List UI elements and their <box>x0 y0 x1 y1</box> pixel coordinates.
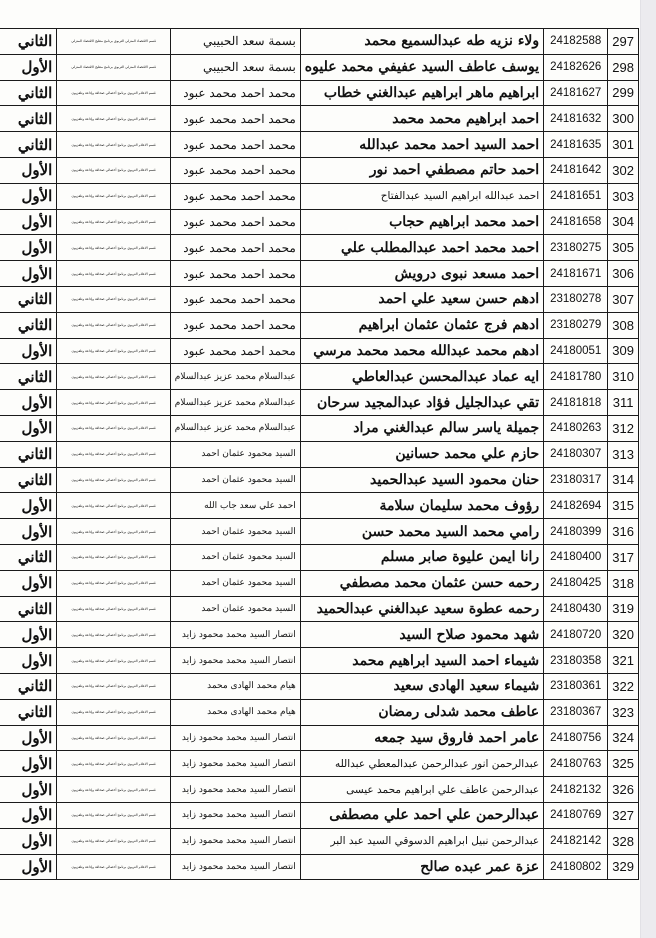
supervisor-cell: بسمة سعد الحبيبي <box>170 29 300 55</box>
student-id-cell: 24180720 <box>544 622 608 648</box>
table-row: الأول قسم الاعلام التربوي برنامج أخصائي … <box>0 828 639 854</box>
student-name-cell: رحمه عطوة سعيد عبدالغني عبدالحميد <box>300 596 543 622</box>
table-row: الثاني قسم الاعلام التربوي برنامج أخصائي… <box>0 286 639 312</box>
student-name-cell: احمد محمد ابراهيم حجاب <box>300 209 543 235</box>
supervisor-cell: السيد محمود عثمان احمد <box>170 544 300 570</box>
student-name-cell: احمد عبدالله ابراهيم السيد عبدالفتاح <box>300 183 543 209</box>
semester-cell: الأول <box>0 183 57 209</box>
department-cell: قسم الاعلام التربوي برنامج أخصائي صحافة … <box>57 802 170 828</box>
row-number-cell: 320 <box>608 622 639 648</box>
student-name-cell: احمد مسعد نبوى درويش <box>300 261 543 287</box>
supervisor-cell: انتصار السيد محمد محمود زايد <box>170 622 300 648</box>
student-id-cell: 24180763 <box>544 751 608 777</box>
department-cell: قسم الاعلام التربوي برنامج أخصائي صحافة … <box>57 544 170 570</box>
student-name-cell: تقي عبدالجليل فؤاد عبدالمجيد سرحان <box>300 390 543 416</box>
supervisor-cell: عبدالسلام محمد عزيز عبدالسلام <box>170 364 300 390</box>
student-id-cell: 23180278 <box>544 286 608 312</box>
table-row: الأول قسم الاعلام التربوي برنامج أخصائي … <box>0 802 639 828</box>
department-cell: قسم الاعلام التربوي برنامج أخصائي صحافة … <box>57 493 170 519</box>
semester-cell: الثاني <box>0 699 57 725</box>
department-cell: قسم الاقتصاد المنزلي التربوي برنامج مطبخ… <box>57 54 170 80</box>
department-cell: قسم الاعلام التربوي برنامج أخصائي صحافة … <box>57 648 170 674</box>
department-cell: قسم الاعلام التربوي برنامج أخصائي صحافة … <box>57 596 170 622</box>
student-name-cell: حازم علي محمد حسانين <box>300 441 543 467</box>
department-cell: قسم الاعلام التربوي برنامج أخصائي صحافة … <box>57 261 170 287</box>
department-cell: قسم الاعلام التربوي برنامج أخصائي صحافة … <box>57 622 170 648</box>
row-number-cell: 306 <box>608 261 639 287</box>
student-id-cell: 24180399 <box>544 519 608 545</box>
student-name-cell: جميلة ياسر سالم عبدالغني مراد <box>300 415 543 441</box>
supervisor-cell: بسمة سعد الحبيبي <box>170 54 300 80</box>
table-row: الأول قسم الاعلام التربوي برنامج أخصائي … <box>0 725 639 751</box>
student-id-cell: 24180769 <box>544 802 608 828</box>
semester-cell: الثاني <box>0 596 57 622</box>
supervisor-cell: محمد احمد محمد عبود <box>170 80 300 106</box>
supervisor-cell: عبدالسلام محمد عزيز عبدالسلام <box>170 390 300 416</box>
supervisor-cell: السيد محمود عثمان احمد <box>170 570 300 596</box>
student-id-cell: 24181818 <box>544 390 608 416</box>
department-cell: قسم الاعلام التربوي برنامج أخصائي صحافة … <box>57 441 170 467</box>
supervisor-cell: انتصار السيد محمد محمود زايد <box>170 751 300 777</box>
student-id-cell: 24182132 <box>544 777 608 803</box>
student-name-cell: عبدالرحمن نبيل ابراهيم الدسوقي السيد عبد… <box>300 828 543 854</box>
semester-cell: الأول <box>0 648 57 674</box>
row-number-cell: 310 <box>608 364 639 390</box>
table-row: الأول قسم الاعلام التربوي برنامج أخصائي … <box>0 390 639 416</box>
student-name-cell: عزة عمر عبده صالح <box>300 854 543 880</box>
row-number-cell: 317 <box>608 544 639 570</box>
student-id-cell: 24181671 <box>544 261 608 287</box>
student-id-cell: 24180307 <box>544 441 608 467</box>
table-row: الأول قسم الاعلام التربوي برنامج أخصائي … <box>0 235 639 261</box>
student-name-cell: عامر احمد فاروق سيد جمعه <box>300 725 543 751</box>
department-cell: قسم الاعلام التربوي برنامج أخصائي صحافة … <box>57 570 170 596</box>
table-row: الأول قسم الاعلام التربوي برنامج أخصائي … <box>0 261 639 287</box>
semester-cell: الثاني <box>0 544 57 570</box>
row-number-cell: 321 <box>608 648 639 674</box>
supervisor-cell: السيد محمود عثمان احمد <box>170 596 300 622</box>
student-id-cell: 24180400 <box>544 544 608 570</box>
row-number-cell: 301 <box>608 132 639 158</box>
semester-cell: الأول <box>0 828 57 854</box>
student-id-cell: 24181651 <box>544 183 608 209</box>
table-row: الأول قسم الاعلام التربوي برنامج أخصائي … <box>0 622 639 648</box>
department-cell: قسم الاعلام التربوي برنامج أخصائي صحافة … <box>57 828 170 854</box>
department-cell: قسم الاعلام التربوي برنامج أخصائي صحافة … <box>57 235 170 261</box>
row-number-cell: 324 <box>608 725 639 751</box>
table-row: الأول قسم الاعلام التربوي برنامج أخصائي … <box>0 519 639 545</box>
student-id-cell: 23180275 <box>544 235 608 261</box>
student-id-cell: 24182142 <box>544 828 608 854</box>
semester-cell: الأول <box>0 751 57 777</box>
table-row: الثاني قسم الاعلام التربوي برنامج أخصائي… <box>0 596 639 622</box>
student-name-cell: ادهم محمد عبدالله محمد محمد مرسي <box>300 338 543 364</box>
department-cell: قسم الاعلام التربوي برنامج أخصائي صحافة … <box>57 183 170 209</box>
supervisor-cell: محمد احمد محمد عبود <box>170 183 300 209</box>
semester-cell: الثاني <box>0 29 57 55</box>
table-row: الثاني قسم الاعلام التربوي برنامج أخصائي… <box>0 441 639 467</box>
department-cell: قسم الاعلام التربوي برنامج أخصائي صحافة … <box>57 106 170 132</box>
table-row: الثاني قسم الاعلام التربوي برنامج أخصائي… <box>0 80 639 106</box>
student-id-cell: 23180317 <box>544 467 608 493</box>
semester-cell: الثاني <box>0 467 57 493</box>
table-row: الأول قسم الاعلام التربوي برنامج أخصائي … <box>0 415 639 441</box>
semester-cell: الأول <box>0 519 57 545</box>
supervisor-cell: انتصار السيد محمد محمود زايد <box>170 777 300 803</box>
student-name-cell: احمد ابراهيم محمد محمد <box>300 106 543 132</box>
table-row: الثاني قسم الاعلام التربوي برنامج أخصائي… <box>0 312 639 338</box>
student-name-cell: عبدالرحمن عاطف علي ابراهيم محمد عيسى <box>300 777 543 803</box>
viewer-scroll-edge <box>640 0 656 938</box>
student-name-cell: عاطف محمد شدلى رمضان <box>300 699 543 725</box>
table-row: الثاني قسم الاقتصاد المنزلي التربوي برنا… <box>0 29 639 55</box>
department-cell: قسم الاعلام التربوي برنامج أخصائي صحافة … <box>57 312 170 338</box>
supervisor-cell: محمد احمد محمد عبود <box>170 235 300 261</box>
department-cell: قسم الاعلام التربوي برنامج أخصائي صحافة … <box>57 364 170 390</box>
student-name-cell: شيماء سعيد الهادى سعيد <box>300 673 543 699</box>
row-number-cell: 314 <box>608 467 639 493</box>
table-row: الثاني قسم الاعلام التربوي برنامج أخصائي… <box>0 364 639 390</box>
table-row: الثاني قسم الاعلام التربوي برنامج أخصائي… <box>0 467 639 493</box>
department-cell: قسم الاعلام التربوي برنامج أخصائي صحافة … <box>57 467 170 493</box>
semester-cell: الأول <box>0 415 57 441</box>
student-name-cell: ادهم فرج عثمان عثمان ابراهيم <box>300 312 543 338</box>
row-number-cell: 311 <box>608 390 639 416</box>
row-number-cell: 313 <box>608 441 639 467</box>
supervisor-cell: انتصار السيد محمد محمود زايد <box>170 854 300 880</box>
row-number-cell: 318 <box>608 570 639 596</box>
department-cell: قسم الاعلام التربوي برنامج أخصائي صحافة … <box>57 673 170 699</box>
semester-cell: الأول <box>0 390 57 416</box>
student-name-cell: رامي محمد السيد محمد حسن <box>300 519 543 545</box>
semester-cell: الأول <box>0 209 57 235</box>
department-cell: قسم الاعلام التربوي برنامج أخصائي صحافة … <box>57 209 170 235</box>
row-number-cell: 304 <box>608 209 639 235</box>
department-cell: قسم الاعلام التربوي برنامج أخصائي صحافة … <box>57 157 170 183</box>
department-cell: قسم الاعلام التربوي برنامج أخصائي صحافة … <box>57 80 170 106</box>
row-number-cell: 312 <box>608 415 639 441</box>
student-id-cell: 24181658 <box>544 209 608 235</box>
semester-cell: الثاني <box>0 673 57 699</box>
table-row: الثاني قسم الاعلام التربوي برنامج أخصائي… <box>0 132 639 158</box>
semester-cell: الأول <box>0 338 57 364</box>
table-row: الثاني قسم الاعلام التربوي برنامج أخصائي… <box>0 544 639 570</box>
student-id-cell: 24181632 <box>544 106 608 132</box>
table-row: الأول قسم الاعلام التربوي برنامج أخصائي … <box>0 648 639 674</box>
student-id-cell: 24180051 <box>544 338 608 364</box>
semester-cell: الثاني <box>0 364 57 390</box>
semester-cell: الأول <box>0 802 57 828</box>
row-number-cell: 309 <box>608 338 639 364</box>
student-name-cell: احمد السيد احمد محمد عبدالله <box>300 132 543 158</box>
semester-cell: الأول <box>0 725 57 751</box>
student-id-cell: 23180361 <box>544 673 608 699</box>
semester-cell: الثاني <box>0 106 57 132</box>
semester-cell: الثاني <box>0 286 57 312</box>
department-cell: قسم الاعلام التربوي برنامج أخصائي صحافة … <box>57 777 170 803</box>
student-id-cell: 23180367 <box>544 699 608 725</box>
row-number-cell: 297 <box>608 29 639 55</box>
department-cell: قسم الاقتصاد المنزلي التربوي برنامج مطبخ… <box>57 29 170 55</box>
document-page: الثاني قسم الاقتصاد المنزلي التربوي برنا… <box>0 0 640 938</box>
student-id-cell: 24181642 <box>544 157 608 183</box>
row-number-cell: 329 <box>608 854 639 880</box>
department-cell: قسم الاعلام التربوي برنامج أخصائي صحافة … <box>57 415 170 441</box>
semester-cell: الأول <box>0 777 57 803</box>
row-number-cell: 298 <box>608 54 639 80</box>
student-id-cell: 23180279 <box>544 312 608 338</box>
student-name-cell: ولاء نزيه طه عبدالسميع محمد <box>300 29 543 55</box>
row-number-cell: 305 <box>608 235 639 261</box>
table-row: الأول قسم الاقتصاد المنزلي التربوي برنام… <box>0 54 639 80</box>
semester-cell: الثاني <box>0 80 57 106</box>
student-id-cell: 24180756 <box>544 725 608 751</box>
student-name-cell: رحمه حسن عثمان محمد مصطفي <box>300 570 543 596</box>
row-number-cell: 328 <box>608 828 639 854</box>
row-number-cell: 315 <box>608 493 639 519</box>
student-name-cell: رانا ايمن عليوة صابر مسلم <box>300 544 543 570</box>
supervisor-cell: محمد احمد محمد عبود <box>170 132 300 158</box>
supervisor-cell: عبدالسلام محمد عزيز عبدالسلام <box>170 415 300 441</box>
student-name-cell: احمد محمد احمد عبدالمطلب علي <box>300 235 543 261</box>
semester-cell: الأول <box>0 235 57 261</box>
supervisor-cell: محمد احمد محمد عبود <box>170 286 300 312</box>
student-id-cell: 24181635 <box>544 132 608 158</box>
row-number-cell: 322 <box>608 673 639 699</box>
student-id-cell: 24182694 <box>544 493 608 519</box>
row-number-cell: 299 <box>608 80 639 106</box>
student-id-cell: 24180425 <box>544 570 608 596</box>
semester-cell: الأول <box>0 54 57 80</box>
supervisor-cell: محمد احمد محمد عبود <box>170 209 300 235</box>
student-name-cell: رؤوف محمد سليمان سلامة <box>300 493 543 519</box>
table-row: الثاني قسم الاعلام التربوي برنامج أخصائي… <box>0 673 639 699</box>
semester-cell: الأول <box>0 261 57 287</box>
supervisor-cell: محمد احمد محمد عبود <box>170 312 300 338</box>
semester-cell: الثاني <box>0 132 57 158</box>
row-number-cell: 325 <box>608 751 639 777</box>
table-row: الثاني قسم الاعلام التربوي برنامج أخصائي… <box>0 699 639 725</box>
student-name-cell: احمد حاتم مصطفي احمد نور <box>300 157 543 183</box>
row-number-cell: 319 <box>608 596 639 622</box>
row-number-cell: 308 <box>608 312 639 338</box>
department-cell: قسم الاعلام التربوي برنامج أخصائي صحافة … <box>57 390 170 416</box>
table-row: الأول قسم الاعلام التربوي برنامج أخصائي … <box>0 183 639 209</box>
row-number-cell: 302 <box>608 157 639 183</box>
supervisor-cell: انتصار السيد محمد محمود زايد <box>170 725 300 751</box>
student-name-cell: شهد محمود صلاح السيد <box>300 622 543 648</box>
supervisor-cell: هيام محمد الهادى محمد <box>170 699 300 725</box>
department-cell: قسم الاعلام التربوي برنامج أخصائي صحافة … <box>57 286 170 312</box>
supervisor-cell: احمد علي سعد جاب الله <box>170 493 300 519</box>
supervisor-cell: السيد محمود عثمان احمد <box>170 519 300 545</box>
student-id-cell: 23180358 <box>544 648 608 674</box>
table-row: الأول قسم الاعلام التربوي برنامج أخصائي … <box>0 570 639 596</box>
department-cell: قسم الاعلام التربوي برنامج أخصائي صحافة … <box>57 699 170 725</box>
supervisor-cell: هيام محمد الهادى محمد <box>170 673 300 699</box>
row-number-cell: 303 <box>608 183 639 209</box>
row-number-cell: 316 <box>608 519 639 545</box>
table-row: الأول قسم الاعلام التربوي برنامج أخصائي … <box>0 157 639 183</box>
department-cell: قسم الاعلام التربوي برنامج أخصائي صحافة … <box>57 132 170 158</box>
supervisor-cell: انتصار السيد محمد محمود زايد <box>170 828 300 854</box>
student-id-cell: 24182588 <box>544 29 608 55</box>
student-id-cell: 24181780 <box>544 364 608 390</box>
student-id-cell: 24180430 <box>544 596 608 622</box>
semester-cell: الثاني <box>0 441 57 467</box>
table-row: الأول قسم الاعلام التربوي برنامج أخصائي … <box>0 493 639 519</box>
table-row: الأول قسم الاعلام التربوي برنامج أخصائي … <box>0 751 639 777</box>
student-name-cell: ابراهيم ماهر ابراهيم عبدالغني خطاب <box>300 80 543 106</box>
student-id-cell: 24180263 <box>544 415 608 441</box>
student-name-cell: يوسف عاطف السيد عفيفي محمد عليوه <box>300 54 543 80</box>
department-cell: قسم الاعلام التربوي برنامج أخصائي صحافة … <box>57 854 170 880</box>
table-row: الأول قسم الاعلام التربوي برنامج أخصائي … <box>0 209 639 235</box>
table-row: الأول قسم الاعلام التربوي برنامج أخصائي … <box>0 338 639 364</box>
row-number-cell: 307 <box>608 286 639 312</box>
supervisor-cell: انتصار السيد محمد محمود زايد <box>170 802 300 828</box>
department-cell: قسم الاعلام التربوي برنامج أخصائي صحافة … <box>57 751 170 777</box>
supervisor-cell: محمد احمد محمد عبود <box>170 261 300 287</box>
student-name-cell: ايه عماد عبدالمحسن عبدالعاطي <box>300 364 543 390</box>
row-number-cell: 323 <box>608 699 639 725</box>
table-row: الثاني قسم الاعلام التربوي برنامج أخصائي… <box>0 106 639 132</box>
semester-cell: الأول <box>0 570 57 596</box>
row-number-cell: 327 <box>608 802 639 828</box>
supervisor-cell: محمد احمد محمد عبود <box>170 106 300 132</box>
semester-cell: الأول <box>0 622 57 648</box>
student-name-cell: شيماء احمد السيد ابراهيم محمد <box>300 648 543 674</box>
student-id-cell: 24181627 <box>544 80 608 106</box>
supervisor-cell: محمد احمد محمد عبود <box>170 338 300 364</box>
department-cell: قسم الاعلام التربوي برنامج أخصائي صحافة … <box>57 519 170 545</box>
student-name-cell: عبدالرحمن علي احمد علي مصطفى <box>300 802 543 828</box>
table-row: الأول قسم الاعلام التربوي برنامج أخصائي … <box>0 854 639 880</box>
supervisor-cell: السيد محمود عثمان احمد <box>170 467 300 493</box>
student-id-cell: 24180802 <box>544 854 608 880</box>
roster-body: الثاني قسم الاقتصاد المنزلي التربوي برنا… <box>0 29 639 880</box>
semester-cell: الأول <box>0 157 57 183</box>
table-row: الأول قسم الاعلام التربوي برنامج أخصائي … <box>0 777 639 803</box>
supervisor-cell: السيد محمود عثمان احمد <box>170 441 300 467</box>
student-name-cell: حنان محمود السيد عبدالحميد <box>300 467 543 493</box>
student-name-cell: ادهم حسن سعيد علي احمد <box>300 286 543 312</box>
row-number-cell: 326 <box>608 777 639 803</box>
student-roster-table: الثاني قسم الاقتصاد المنزلي التربوي برنا… <box>0 28 639 880</box>
supervisor-cell: انتصار السيد محمد محمود زايد <box>170 648 300 674</box>
department-cell: قسم الاعلام التربوي برنامج أخصائي صحافة … <box>57 725 170 751</box>
student-id-cell: 24182626 <box>544 54 608 80</box>
semester-cell: الأول <box>0 493 57 519</box>
row-number-cell: 300 <box>608 106 639 132</box>
department-cell: قسم الاعلام التربوي برنامج أخصائي صحافة … <box>57 338 170 364</box>
student-name-cell: عبدالرحمن انور عبدالرحمن عبدالمعطي عبدال… <box>300 751 543 777</box>
supervisor-cell: محمد احمد محمد عبود <box>170 157 300 183</box>
semester-cell: الأول <box>0 854 57 880</box>
semester-cell: الثاني <box>0 312 57 338</box>
